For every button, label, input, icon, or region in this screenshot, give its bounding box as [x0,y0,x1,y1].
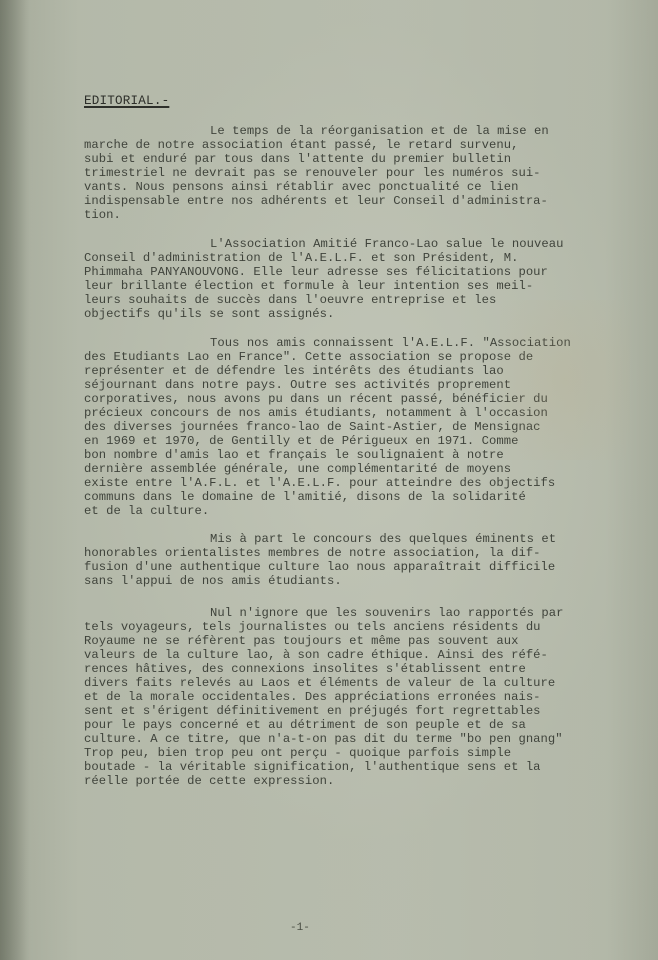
text-line: et de la morale occidentales. Des appréc… [84,690,629,704]
text-line: bon nombre d'amis lao et français le sou… [84,448,629,462]
text-line: L'Association Amitié Franco-Lao salue le… [84,237,629,251]
text-line: objectifs qu'ils se sont assignés. [84,307,629,321]
text-line: fusion d'une authentique culture lao nou… [84,560,629,574]
text-line: Mis à part le concours des quelques émin… [84,532,629,546]
text-line: réelle portée de cette expression. [84,774,629,788]
text-line: dernière assemblée générale, une complém… [84,462,629,476]
text-line: leurs souhaits de succès dans l'oeuvre e… [84,293,629,307]
text-line: marche de notre association étant passé,… [84,138,629,152]
paragraph-orientalists: Mis à part le concours des quelques émin… [84,532,629,588]
paragraph-lao-culture: Nul n'ignore que les souvenirs lao rappo… [84,606,629,788]
text-line: valeurs de la culture lao, à son cadre é… [84,648,629,662]
editorial-heading: EDITORIAL.- [84,94,169,108]
text-line: séjournant dans notre pays. Outre ses ac… [84,378,629,392]
text-line: subi et enduré par tous dans l'attente d… [84,152,629,166]
text-line: culture. A ce titre, que n'a-t-on pas di… [84,732,629,746]
text-line: des Etudiants Lao en France". Cette asso… [84,350,629,364]
typewritten-page: EDITORIAL.- Le temps de la réorganisatio… [0,0,658,960]
text-line: vants. Nous pensons ainsi rétablir avec … [84,180,629,194]
text-line: corporatives, nous avons pu dans un réce… [84,392,629,406]
text-line: indispensable entre nos adhérents et leu… [84,194,629,208]
page-number: -1- [290,922,310,934]
text-line: leur brillante élection et formule à leu… [84,279,629,293]
text-line: tion. [84,208,629,222]
text-line: sans l'appui de nos amis étudiants. [84,574,629,588]
text-line: rences hâtives, des connexions insolites… [84,662,629,676]
text-line: Tous nos amis connaissent l'A.E.L.F. "As… [84,336,629,350]
text-line: des diverses journées franco-lao de Sain… [84,420,629,434]
text-line: communs dans le domaine de l'amitié, dis… [84,490,629,504]
paragraph-aelf-council: L'Association Amitié Franco-Lao salue le… [84,237,629,321]
text-line: divers faits relevés au Laos et éléments… [84,676,629,690]
text-line: Trop peu, bien trop peu ont perçu - quoi… [84,746,629,760]
text-line: Le temps de la réorganisation et de la m… [84,124,629,138]
text-line: existe entre l'A.F.L. et l'A.E.L.F. pour… [84,476,629,490]
text-line: boutade - la véritable signification, l'… [84,760,629,774]
text-line: trimestriel ne devrait pas se renouveler… [84,166,629,180]
text-line: pour le pays concerné et au détriment de… [84,718,629,732]
text-line: représenter et de défendre les intérêts … [84,364,629,378]
text-line: précieux concours de nos amis étudiants,… [84,406,629,420]
text-line: Nul n'ignore que les souvenirs lao rappo… [84,606,629,620]
paragraph-reorganisation: Le temps de la réorganisation et de la m… [84,124,629,222]
text-line: sent et s'érigent définitivement en préj… [84,704,629,718]
text-line: Phimmaha PANYANOUVONG. Elle leur adresse… [84,265,629,279]
text-line: Conseil d'administration de l'A.E.L.F. e… [84,251,629,265]
paragraph-aelf-association: Tous nos amis connaissent l'A.E.L.F. "As… [84,336,629,518]
text-line: tels voyageurs, tels journalistes ou tel… [84,620,629,634]
text-line: Royaume ne se réfèrent pas toujours et m… [84,634,629,648]
text-line: en 1969 et 1970, de Gentilly et de Périg… [84,434,629,448]
text-line: honorables orientalistes membres de notr… [84,546,629,560]
text-line: et de la culture. [84,504,629,518]
